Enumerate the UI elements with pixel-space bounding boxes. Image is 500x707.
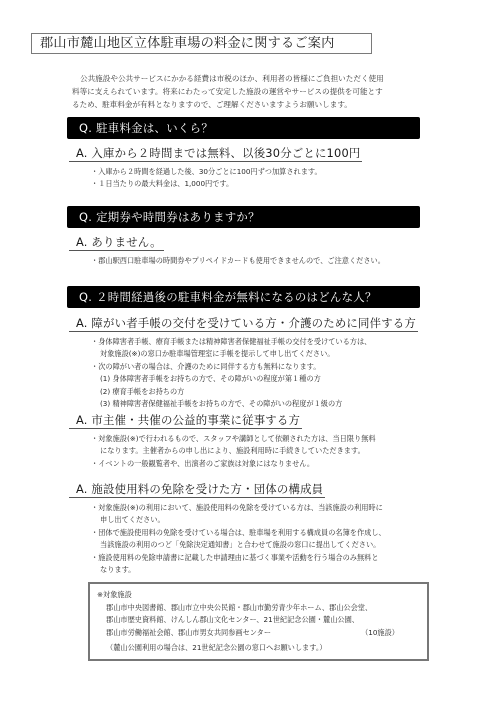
- question-bar-free-parking: Q. ２時間経過後の駐車料金が無料になるのはどんな人？: [67, 286, 420, 308]
- note-remark: （麓山公園利用の場合は、21世紀記念公園の窓口へお願いします。）: [97, 642, 427, 655]
- answer-bullets-fee: ・入庫から２時間を経過した後、30分ごとに100円ずつ加算されます。 ・１日当た…: [91, 166, 431, 191]
- bullet-item: ・イベントの一般観覧者や、出演者のご家族は対象にはなりません。: [91, 458, 431, 470]
- sub-item: (3) 精神障害者保健福祉手帳をお持ちの方で、その障がいの程度が１級の方: [91, 398, 431, 410]
- bullet-item-continued: 対象施設(※)の窓口か駐車場管理室に手帳を提示して申し出てください。: [91, 348, 431, 360]
- answer-bullets-fee-exemption: ・対象施設(※)の利用において、施設使用料の免除を受けている方は、当該施設の利用…: [91, 502, 431, 576]
- note-facility-line: 郡山市歴史資料館、けんしん郡山文化センター、21世紀記念公園・麓山公園、: [97, 614, 427, 627]
- page-title: 郡山市麓山地区立体駐車場の料金に関するご案内: [31, 33, 372, 54]
- bullet-item: ・入庫から２時間を経過した後、30分ごとに100円ずつ加算されます。: [91, 166, 431, 178]
- question-bar-tickets: Q. 定期券や時間券はありますか？: [67, 206, 420, 228]
- note-facility-line: 郡山市中央図書館、郡山市立中央公民館・郡山市勤労青少年ホーム、郡山公会堂、: [97, 602, 427, 615]
- note-facility-line: 郡山市労働福祉会館、郡山市男女共同参画センター: [106, 627, 271, 640]
- bullet-item: ・団体で施設使用料の免除を受けている場合は、駐車場を利用する構成員の名簿を作成し…: [91, 527, 431, 539]
- sub-item: (2) 療育手帳をお持ちの方: [91, 386, 431, 398]
- answer-heading-disability: A. 障がい者手帳の交付を受けている方・介護のために同伴する方: [69, 316, 418, 332]
- target-facilities-note: ※対象施設 郡山市中央図書館、郡山市立中央公民館・郡山市勤労青少年ホーム、郡山公…: [88, 582, 429, 661]
- bullet-item: ・郡山駅西口駐車場の時間券やプリペイドカードも使用できませんので、ご注意ください…: [91, 255, 451, 267]
- bullet-item: ・次の障がい者の場合は、介護のために同伴する方も無料になります。: [91, 361, 431, 373]
- bullet-item-continued: 当該施設の利用のつど「免除決定通知書」と合わせて施設の窓口に提出してください。: [91, 539, 431, 551]
- answer-heading-public-event: A. 市主催・共催の公益的事業に従事する方: [69, 413, 302, 429]
- intro-line: 公共施設や公共サービスにかかる経費は市税のほか、利用者の皆様にご負担いただく使用: [72, 72, 432, 85]
- bullet-item-continued: 申し出てください。: [91, 514, 431, 526]
- answer-heading-fee-exemption: A. 施設使用料の免除を受けた方・団体の構成員: [69, 482, 325, 498]
- bullet-item-continued: なります。: [91, 564, 431, 576]
- intro-paragraph: 公共施設や公共サービスにかかる経費は市税のほか、利用者の皆様にご負担いただく使用…: [72, 72, 432, 111]
- note-facility-count: （10施設）: [361, 627, 399, 640]
- answer-heading-tickets: A. ありません。: [69, 235, 164, 251]
- sub-item: (1) 身体障害者手帳をお持ちの方で、その障がいの程度が第１種の方: [91, 373, 431, 385]
- bullet-item: ・身体障害者手帳、療育手帳または精神障害者保健福祉手帳の交付を受けている方は、: [91, 336, 431, 348]
- answer-bullets-disability: ・身体障害者手帳、療育手帳または精神障害者保健福祉手帳の交付を受けている方は、 …: [91, 336, 431, 410]
- bullet-item: ・対象施設(※)の利用において、施設使用料の免除を受けている方は、当該施設の利用…: [91, 502, 431, 514]
- answer-heading-fee: A. 入庫から２時間までは無料、以後30分ごとに100円: [69, 146, 362, 162]
- note-heading: ※対象施設: [97, 589, 427, 602]
- intro-line: 料等に支えられています。将来にわたって安定した施設の運営やサービスの提供を可能と…: [72, 85, 432, 98]
- answer-bullets-public-event: ・対象施設(※)で行われるもので、スタッフや講師として依頼された方は、当日限り無…: [91, 433, 431, 470]
- bullet-item: ・対象施設(※)で行われるもので、スタッフや講師として依頼された方は、当日限り無…: [91, 433, 431, 445]
- intro-line: るため、駐車料金が有料となりますので、ご理解くださいますようお願いします。: [72, 98, 432, 111]
- answer-bullets-tickets: ・郡山駅西口駐車場の時間券やプリペイドカードも使用できませんので、ご注意ください…: [91, 255, 451, 267]
- bullet-item-continued: になります。主催者からの申し出により、施設利用時に手続きしていただきます。: [91, 445, 431, 457]
- bullet-item: ・施設使用料の免除申請書に記載した申請理由に基づく事業や活動を行う場合のみ無料と: [91, 552, 431, 564]
- bullet-item: ・１日当たりの最大料金は、1,000円です。: [91, 178, 431, 190]
- question-bar-fee: Q. 駐車料金は、いくら？: [67, 117, 420, 139]
